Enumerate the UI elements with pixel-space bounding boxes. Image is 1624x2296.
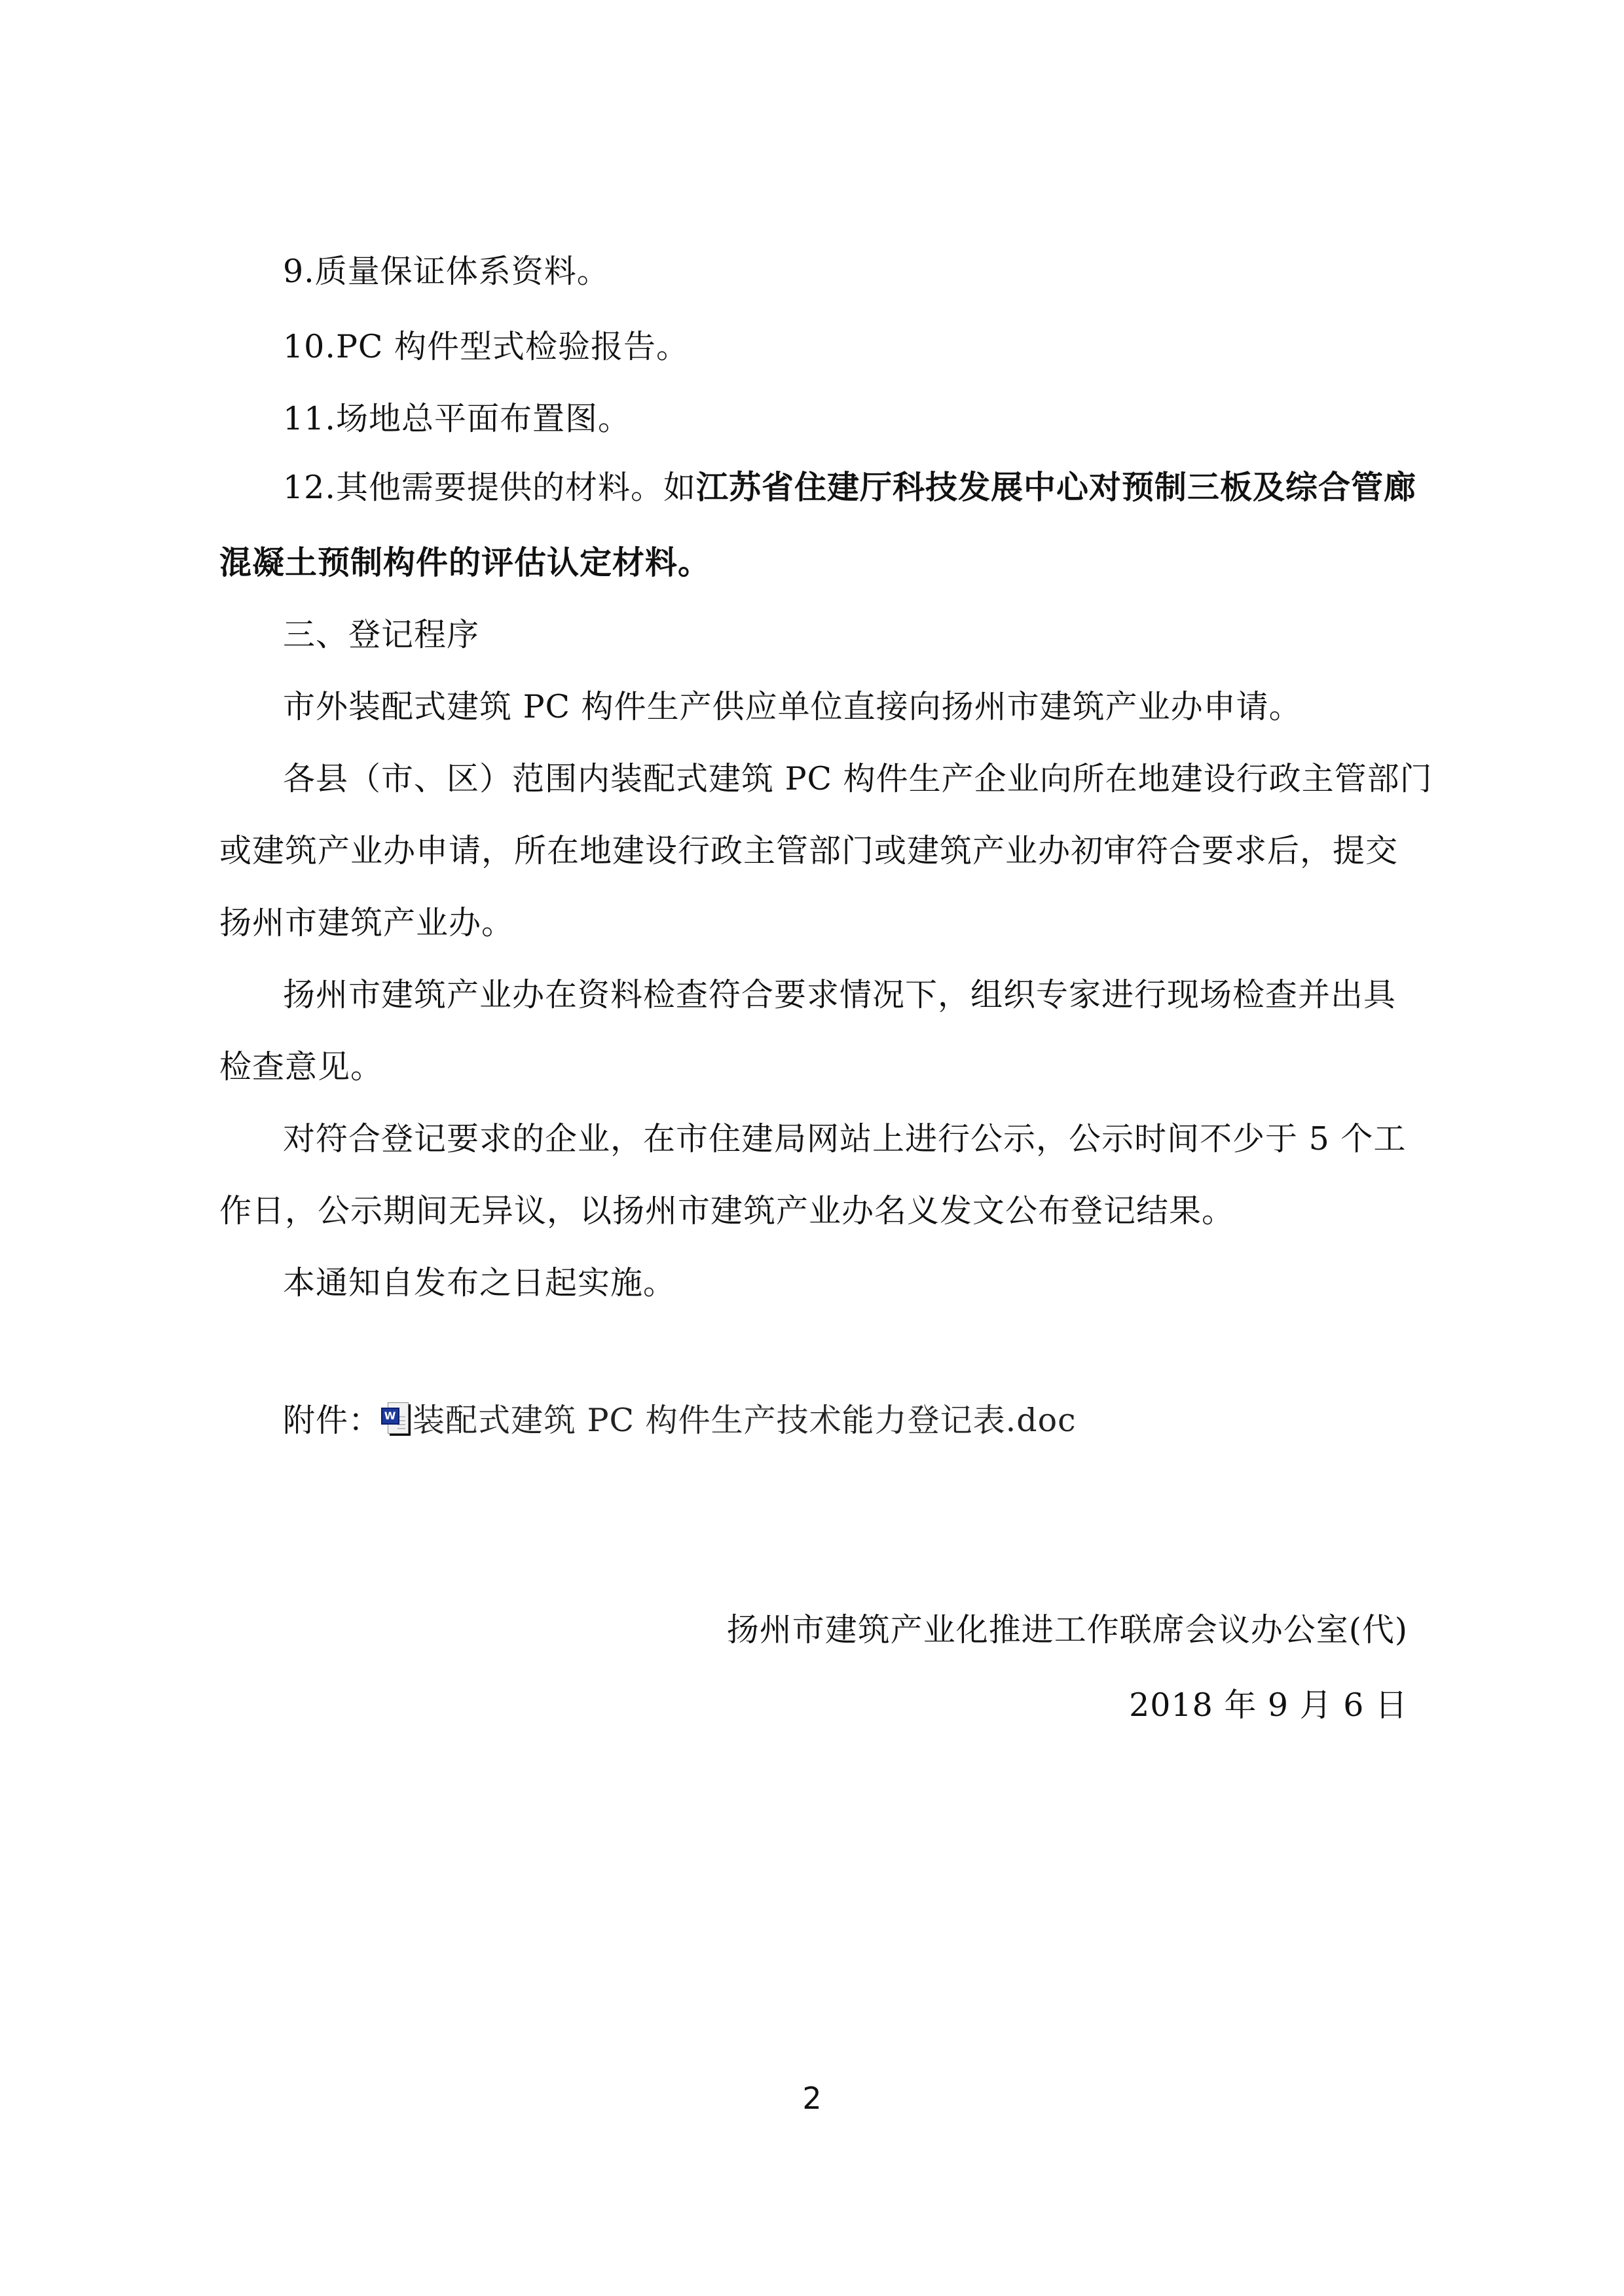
word-document-icon[interactable]: W — [381, 1401, 410, 1435]
paragraph-3-line-1: 扬州市建筑产业办在资料检查符合要求情况下，组织专家进行现场检查并出具 — [283, 975, 1396, 1015]
signature-date: 2018 年 9 月 6 日 — [1129, 1686, 1408, 1725]
list-text: 其他需要提供的材料。如 — [336, 469, 696, 506]
document-page: 9.质量保证体系资料。 10.PC 构件型式检验报告。 11.场地总平面布置图。… — [0, 0, 1624, 2296]
page-number: 2 — [0, 2079, 1624, 2118]
list-number: 11. — [283, 400, 336, 437]
paragraph-5-line-1: 本通知自发布之日起实施。 — [283, 1264, 676, 1303]
bold-emphasis-text: 江苏省住建厅科技发展中心对预制三板及综合管廊 — [696, 469, 1416, 506]
attachment-line: 附件：W装配式建筑 PC 构件生产技术能力登记表.doc — [283, 1401, 1077, 1440]
list-text: 场地总平面布置图。 — [336, 400, 631, 437]
paragraph-4-line-1: 对符合登记要求的企业，在市住建局网站上进行公示，公示时间不少于 5 个工 — [283, 1120, 1406, 1159]
list-text: 质量保证体系资料。 — [315, 253, 610, 290]
paragraph-4-line-2: 作日，公示期间无异议，以扬州市建筑产业办名义发文公布登记结果。 — [219, 1192, 1234, 1231]
list-number: 12. — [283, 469, 336, 506]
paragraph-3-line-2: 检查意见。 — [219, 1048, 383, 1087]
list-item-12-continuation: 混凝土预制构件的评估认定材料。 — [219, 543, 710, 583]
list-item-12: 12.其他需要提供的材料。如江苏省住建厅科技发展中心对预制三板及综合管廊 — [283, 468, 1416, 507]
list-item-10: 10.PC 构件型式检验报告。 — [283, 327, 689, 367]
paragraph-2-line-3: 扬州市建筑产业办。 — [219, 903, 514, 943]
signature-organization: 扬州市建筑产业化推进工作联席会议办公室(代) — [727, 1611, 1408, 1650]
paragraph-1-line-1: 市外装配式建筑 PC 构件生产供应单位直接向扬州市建筑产业办申请。 — [283, 687, 1302, 727]
section-heading: 三、登记程序 — [283, 615, 479, 655]
list-item-11: 11.场地总平面布置图。 — [283, 399, 631, 439]
list-item-9: 9.质量保证体系资料。 — [283, 252, 610, 291]
paragraph-2-line-1: 各县（市、区）范围内装配式建筑 PC 构件生产企业向所在地建设行政主管部门 — [283, 759, 1433, 799]
attachment-label: 附件： — [283, 1402, 381, 1439]
paragraph-2-line-2: 或建筑产业办申请，所在地建设行政主管部门或建筑产业办初审符合要求后，提交 — [219, 831, 1398, 871]
list-text: PC 构件型式检验报告。 — [336, 328, 689, 365]
attachment-link[interactable]: 装配式建筑 PC 构件生产技术能力登记表.doc — [413, 1402, 1077, 1439]
list-number: 10. — [283, 328, 336, 365]
list-number: 9. — [283, 253, 315, 290]
